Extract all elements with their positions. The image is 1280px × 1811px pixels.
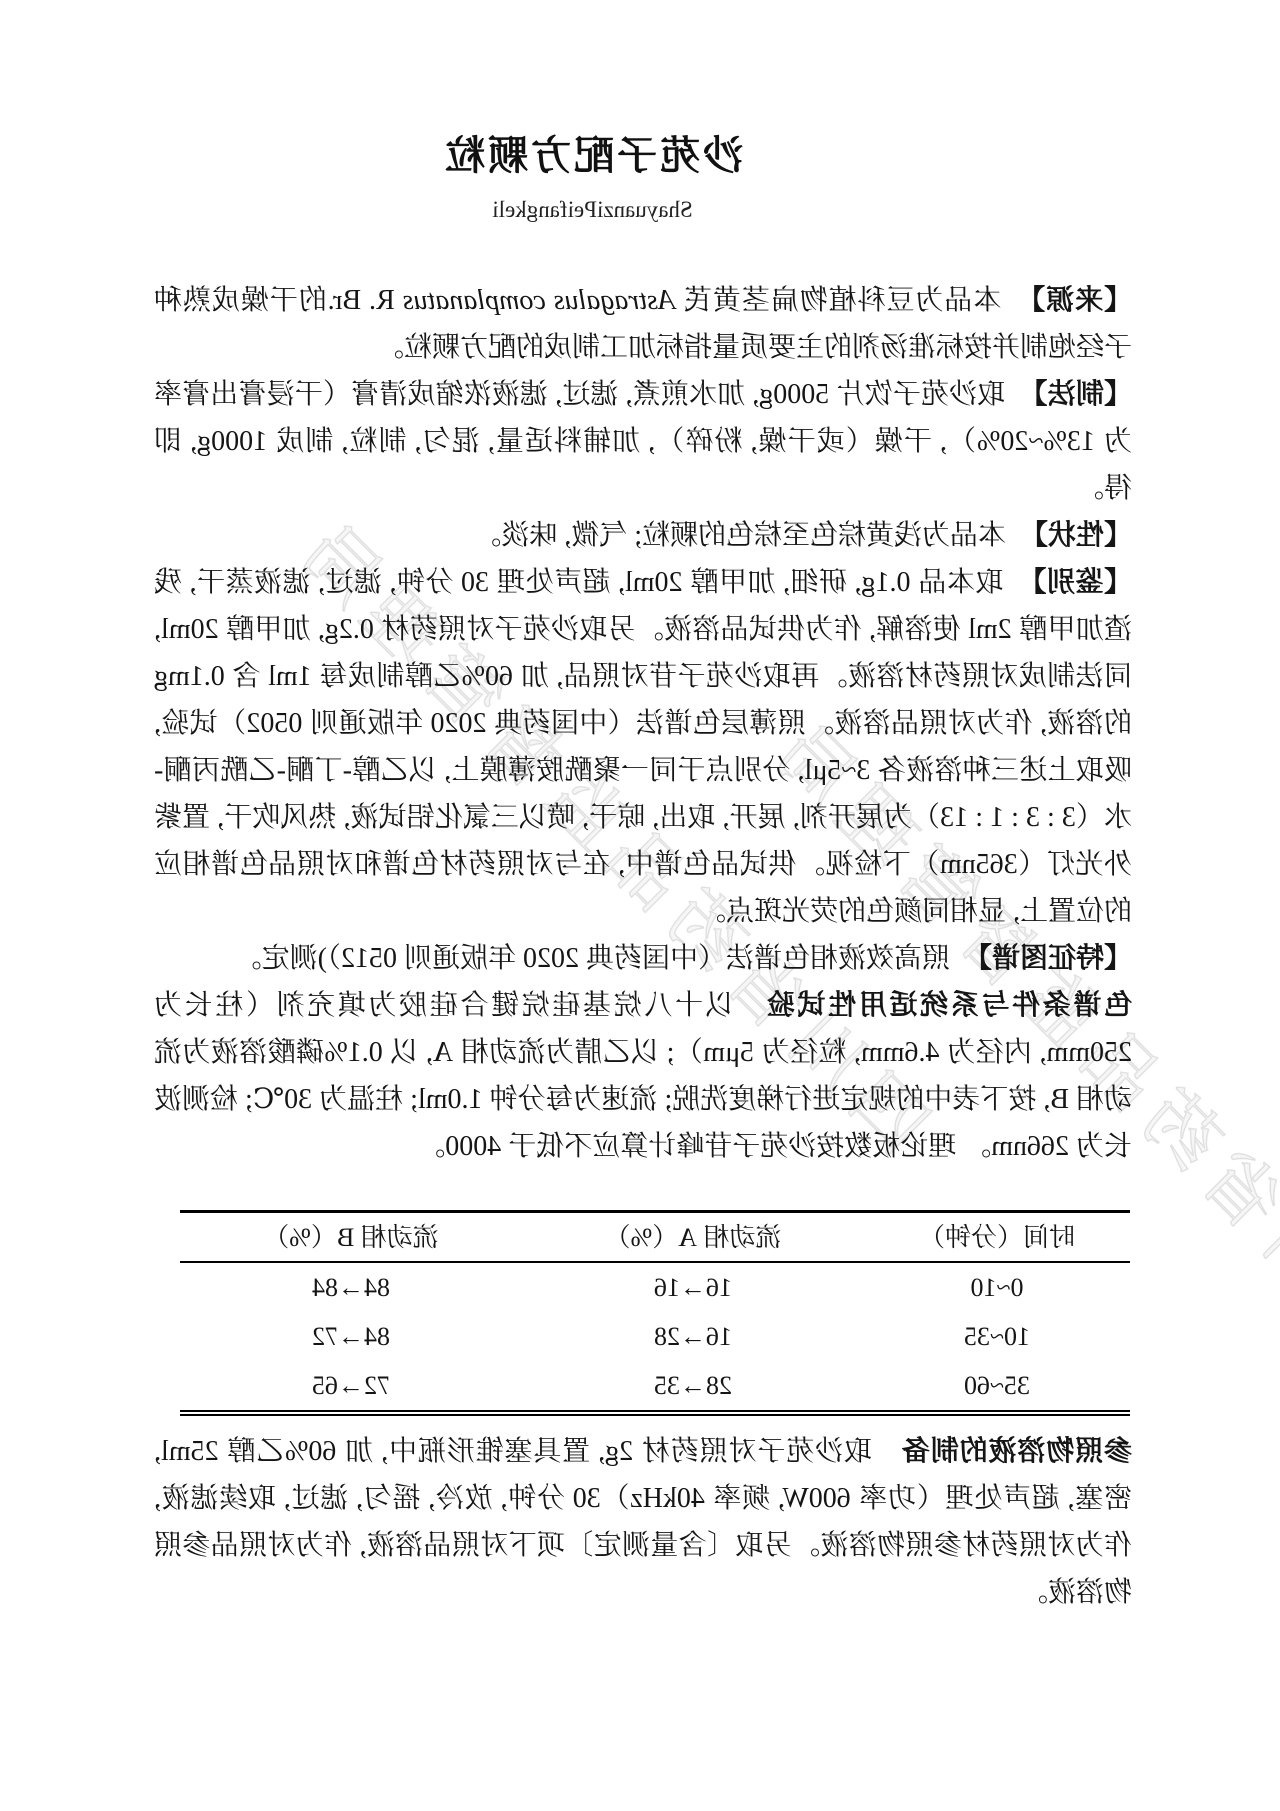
section-label: 【特征图谱】: [978, 943, 1132, 974]
table-cell: 0~10: [864, 1262, 1130, 1312]
section-identification: 【鉴别】 取本品 0.1g, 研细, 加甲醇 20ml, 超声处理 30 分钟,…: [154, 559, 1132, 935]
section-text: 本品为浅黄棕色至棕色的颗粒; 气微, 味淡。: [473, 520, 1034, 551]
section-label: 【制法】: [1033, 379, 1132, 410]
table-cell: 28→35: [522, 1361, 864, 1413]
gradient-elution-table: 时间（分钟） 流动相 A（%） 流动相 B（%） 0~10 16→16 84→8…: [180, 1210, 1130, 1416]
section-text: 取本品 0.1g, 研细, 加甲醇 20ml, 超声处理 30 分钟, 滤过, …: [154, 567, 1132, 927]
section-source: 【来源】 本品为豆科植物扁茎黄芪 Astragalus complanatus …: [154, 277, 1132, 371]
section-preparation: 【制法】 取沙苑子饮片 5000g, 加水煎煮, 滤过, 滤液浓缩成清膏（干浸膏…: [154, 371, 1132, 512]
section-text: 照高效液相色谱法（中国药典 2020 年版通则 0512）)测定。: [234, 943, 978, 974]
doc-pinyin: ShayuanziPeifangkeli: [0, 197, 1280, 223]
section-reference-solution: 参照物溶液的制备 取沙苑子对照药材 2g, 置具塞锥形瓶中, 加 60%乙醇 2…: [154, 1428, 1132, 1616]
section-description: 【性状】 本品为浅黄棕色至棕色的颗粒; 气微, 味淡。: [154, 512, 1132, 559]
document-page: 四川省药品监督管理局 四川省药品监督管理局 沙苑子配方颗粒 ShayuanziP…: [0, 0, 1280, 1811]
run-in-heading: 色谱条件与系统适用性试验: [764, 990, 1132, 1021]
table-cell: 72→65: [180, 1361, 522, 1413]
section-label: 【性状】: [1034, 520, 1132, 551]
table-row: 35~60 28→35 72→65: [180, 1361, 1130, 1413]
table-row: 10~35 16→28 84→72: [180, 1312, 1130, 1361]
table-header-mobile-phase-b: 流动相 B（%）: [180, 1212, 522, 1263]
table-header-mobile-phase-a: 流动相 A（%）: [522, 1212, 864, 1263]
section-text: 本品为豆科植物扁茎黄芪: [675, 285, 1030, 316]
doc-body: 【来源】 本品为豆科植物扁茎黄芪 Astragalus complanatus …: [154, 277, 1132, 1616]
table-cell: 10~35: [864, 1312, 1130, 1361]
section-label: 【来源】: [1030, 285, 1132, 316]
table-header-row: 时间（分钟） 流动相 A（%） 流动相 B（%）: [180, 1212, 1130, 1263]
section-label: 【鉴别】: [1032, 567, 1132, 598]
run-in-heading: 参照物溶液的制备: [901, 1436, 1132, 1467]
table-cell: 16→28: [522, 1312, 864, 1361]
table-cell: 16→16: [522, 1262, 864, 1312]
section-chromatographic-conditions: 色谱条件与系统适用性试验 以十八烷基硅烷键合硅胶为填充剂（柱长为 250mm, …: [154, 982, 1132, 1170]
table-cell: 84→84: [180, 1262, 522, 1312]
table-cell: 84→72: [180, 1312, 522, 1361]
section-characteristic-chromatogram: 【特征图谱】 照高效液相色谱法（中国药典 2020 年版通则 0512）)测定。: [154, 935, 1132, 982]
latin-name: Astragalus complanatus: [403, 285, 675, 316]
table-cell: 35~60: [864, 1361, 1130, 1413]
doc-title: 沙苑子配方颗粒: [0, 124, 1280, 181]
table-row: 0~10 16→16 84→84: [180, 1262, 1130, 1312]
table-header-time: 时间（分钟）: [864, 1212, 1130, 1263]
section-text: 取沙苑子饮片 5000g, 加水煎煮, 滤过, 滤液浓缩成清膏（干浸膏出膏率为 …: [154, 379, 1132, 504]
